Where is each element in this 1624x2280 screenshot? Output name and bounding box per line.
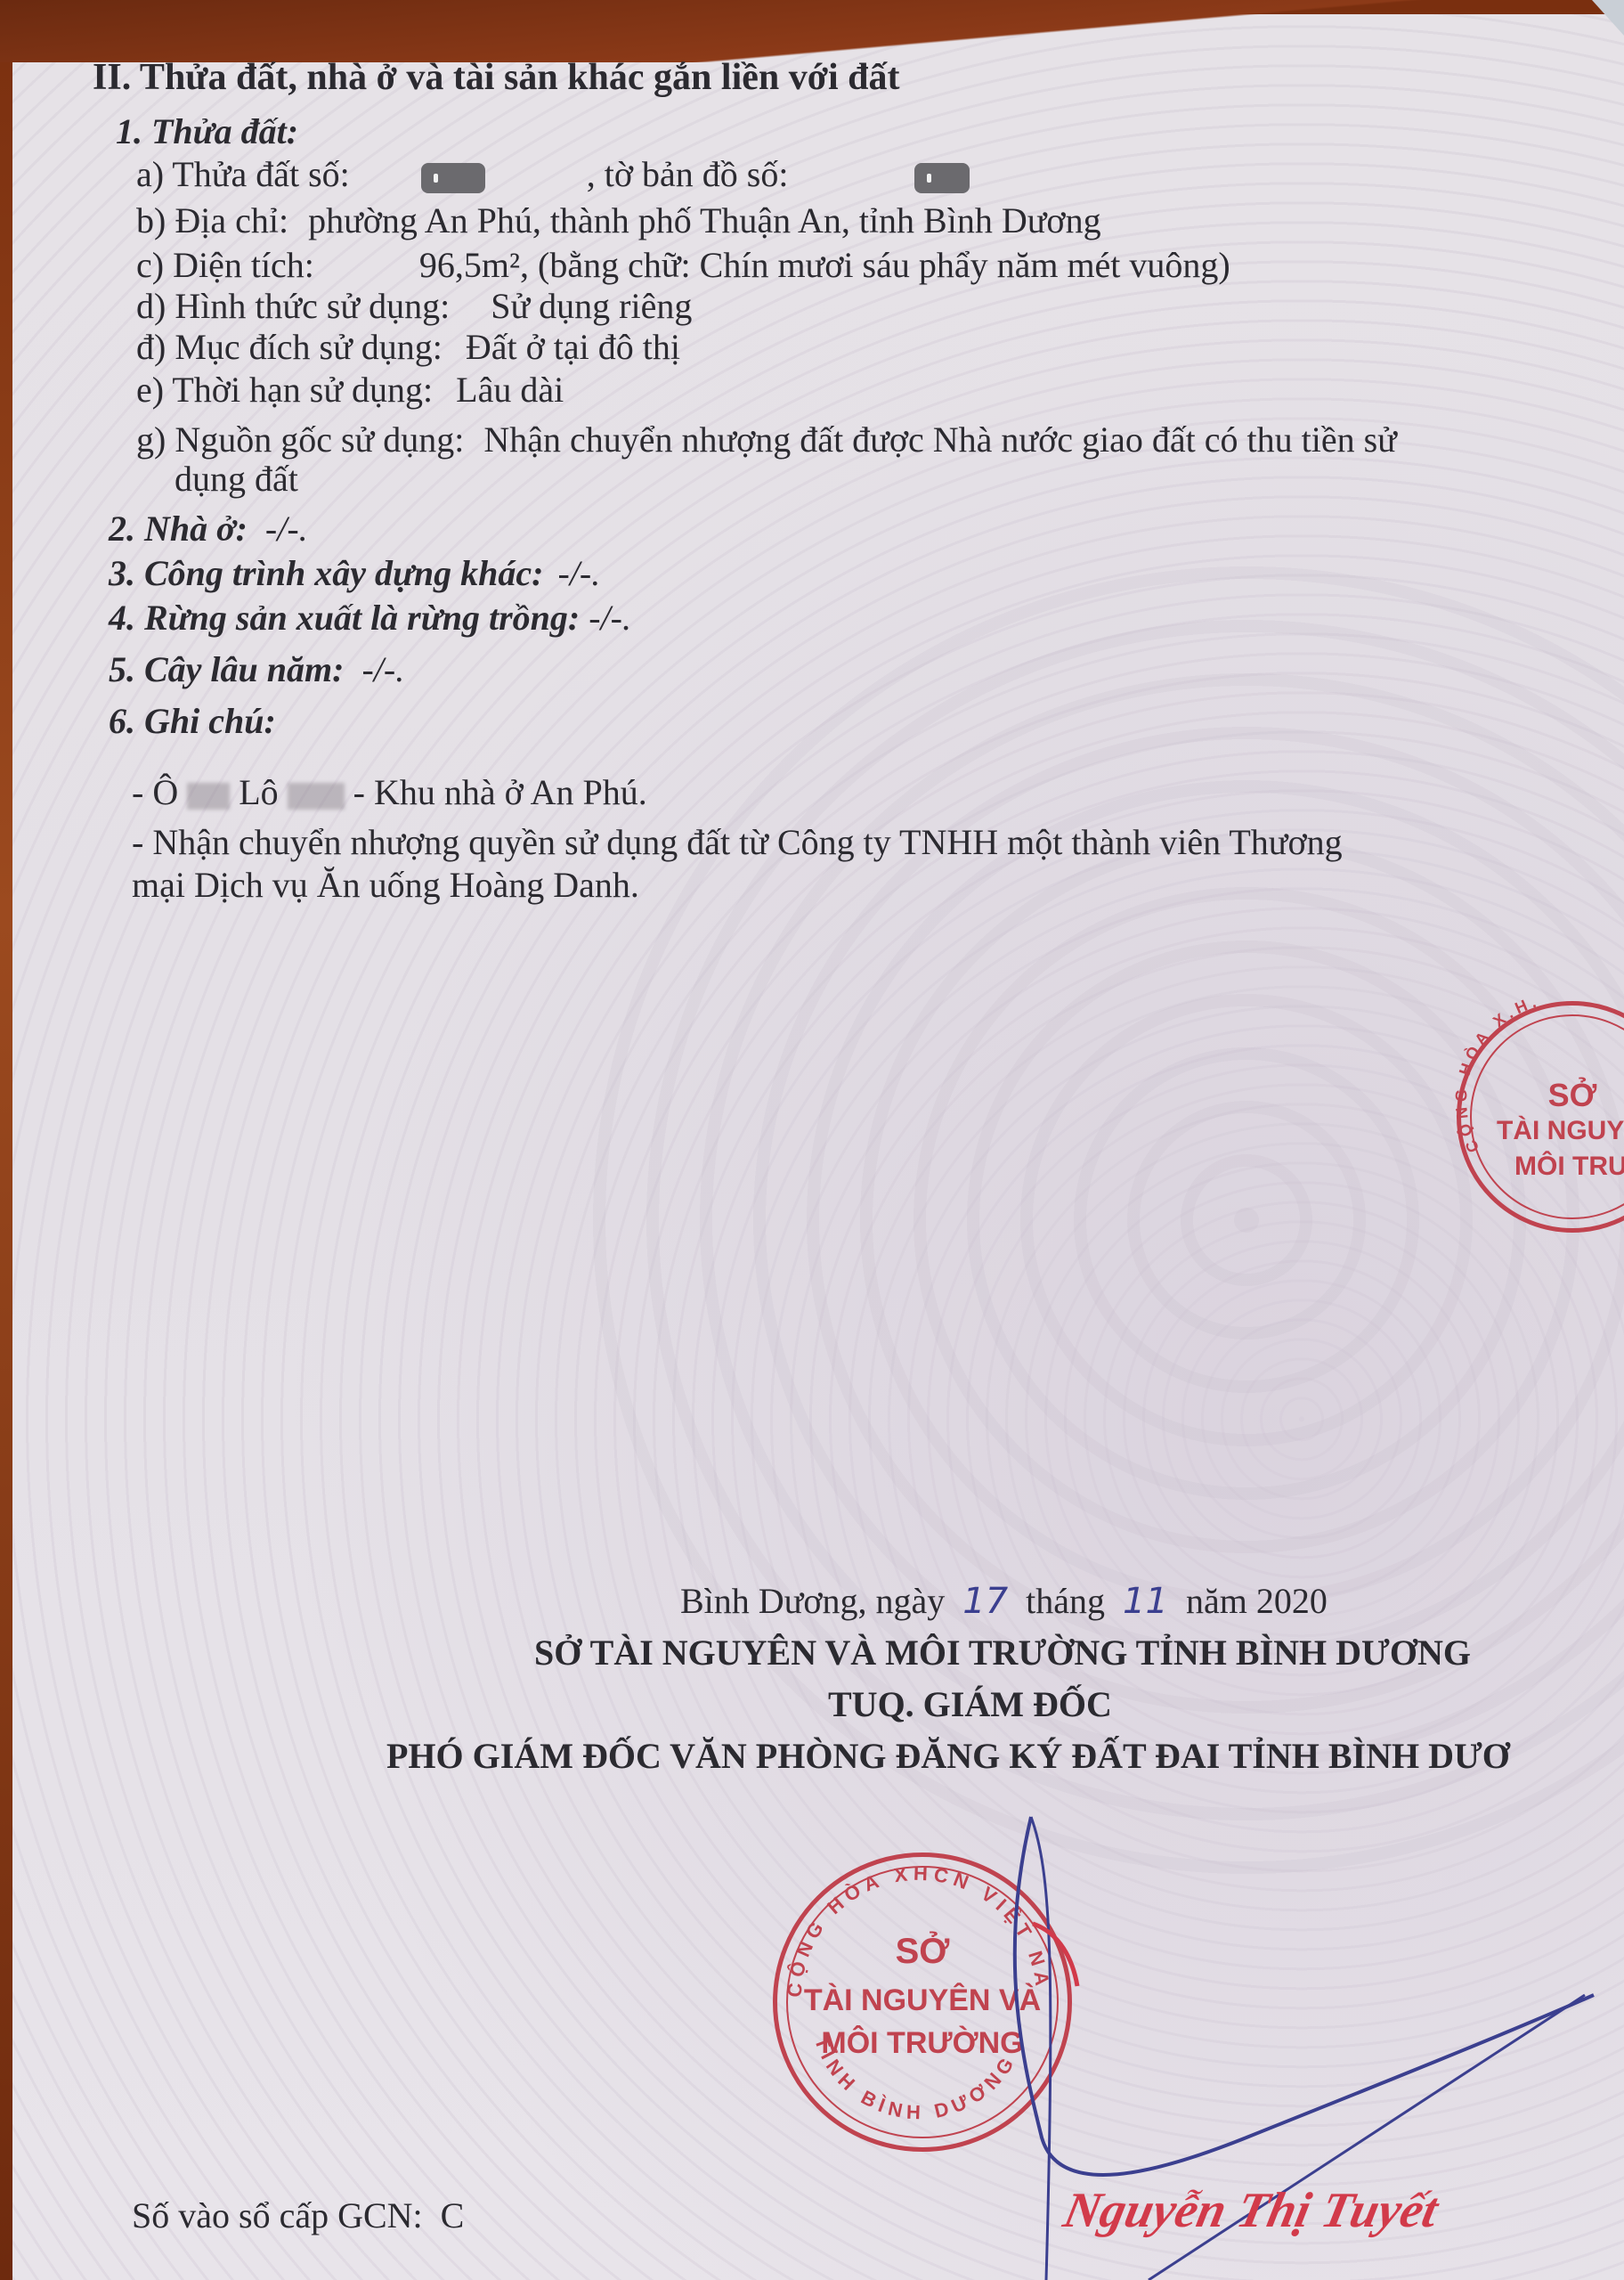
svg-text:TỈNH BÌNH DƯƠNG: TỈNH BÌNH DƯƠNG [810, 2033, 1021, 2123]
seal-ring-text: CỘNG HÒA XHCN VIỆT NAM TỈNH BÌNH DƯƠNG C… [0, 0, 1624, 2280]
gcn-registry-label: Số vào sổ cấp GCN: [132, 2195, 423, 2235]
signer-name-signature: Nguyễn Thị Tuyết [1059, 2182, 1443, 2239]
gcn-registry-value: C [441, 2195, 465, 2235]
svg-text:CỘNG HÒA X.H.: CỘNG HÒA X.H. [1452, 992, 1542, 1156]
gcn-registry-row: Số vào sổ cấp GCN: C [132, 2198, 464, 2234]
svg-text:CỘNG HÒA XHCN VIỆT NAM: CỘNG HÒA XHCN VIỆT NAM [0, 0, 1054, 1998]
